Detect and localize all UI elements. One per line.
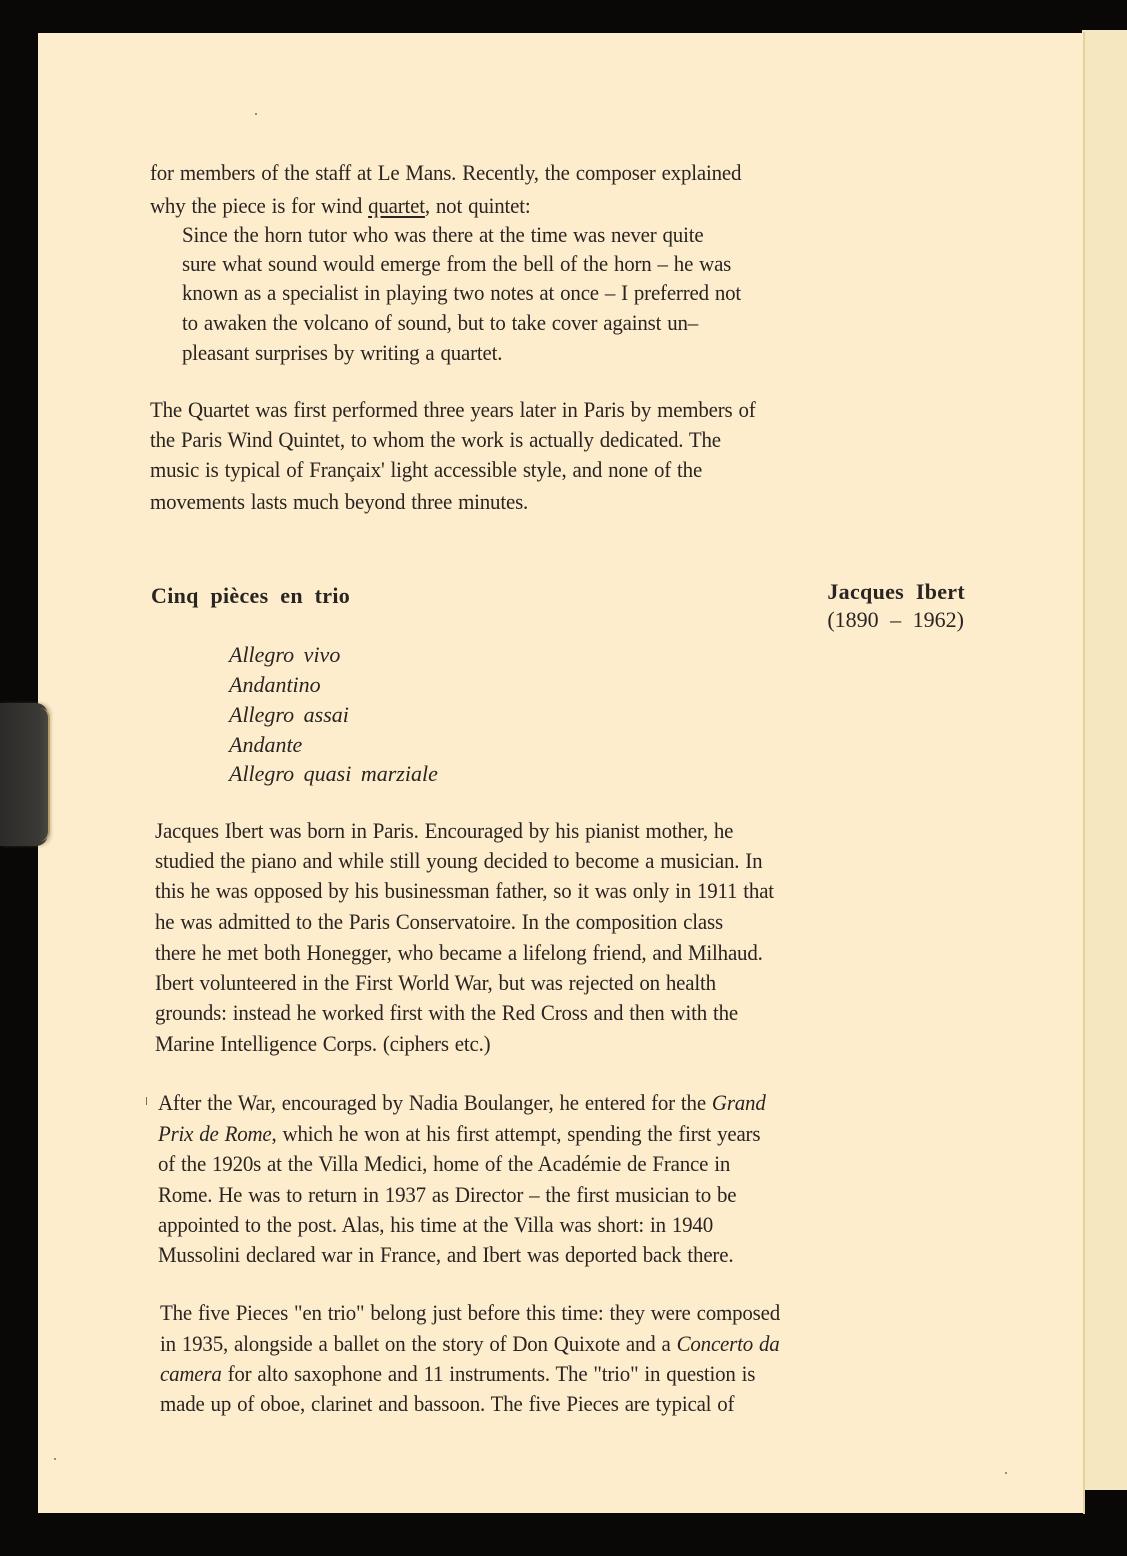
text-line: camera for alto saxophone and 11 instrum… (160, 1361, 755, 1387)
quote-line: to awaken the volcano of sound, but to t… (182, 310, 698, 336)
text-line: for members of the staff at Le Mans. Rec… (150, 160, 741, 186)
italic-title: Concerto da (677, 1331, 780, 1356)
text-line: this he was opposed by his businessman f… (155, 878, 774, 904)
text-line: Mussolini declared war in France, and Ib… (158, 1242, 733, 1268)
text-line: movements lasts much beyond three minute… (150, 489, 528, 515)
scan-speck (1005, 1472, 1007, 1474)
quote-line: known as a specialist in playing two not… (182, 280, 741, 306)
movement-item: Allegro assai (229, 702, 349, 728)
italic-title: Prix de Rome (158, 1121, 272, 1146)
text-line: of the 1920s at the Villa Medici, home o… (158, 1151, 730, 1177)
text-line: the Paris Wind Quintet, to whom the work… (150, 427, 721, 453)
text-line: in 1935, alongside a ballet on the story… (160, 1331, 780, 1357)
text-line: appointed to the post. Alas, his time at… (158, 1212, 713, 1238)
text-line: why the piece is for wind quartet, not q… (150, 193, 531, 219)
text-line: Jacques Ibert was born in Paris. Encoura… (155, 818, 733, 844)
movement-item: Allegro vivo (229, 642, 340, 668)
underlined-word: quartet (368, 193, 425, 218)
scan-speck (54, 1458, 56, 1460)
text-line: grounds: instead he worked first with th… (155, 1000, 738, 1026)
text-line: Marine Intelligence Corps. (ciphers etc.… (155, 1031, 490, 1057)
text-line: After the War, encouraged by Nadia Boula… (158, 1090, 766, 1116)
italic-title: camera (160, 1361, 222, 1386)
movement-item: Allegro quasi marziale (229, 761, 438, 787)
quote-line: pleasant surprises by writing a quartet. (182, 340, 502, 366)
text-line: music is typical of Françaix' light acce… (150, 457, 702, 483)
text-line: The Quartet was first performed three ye… (150, 397, 756, 423)
text-line: The five Pieces "en trio" belong just be… (160, 1300, 780, 1326)
page-fold (1083, 32, 1085, 1514)
binder-tab-edge (40, 708, 50, 841)
composer-name: Jacques Ibert (827, 579, 965, 605)
text-line: there he met both Honegger, who became a… (155, 940, 763, 966)
text-line: he was admitted to the Paris Conservatoi… (155, 909, 723, 935)
piece-title: Cinq pièces en trio (151, 583, 350, 609)
movement-item: Andante (229, 732, 302, 758)
text-line: Rome. He was to return in 1937 as Direct… (158, 1182, 736, 1208)
text-line: Prix de Rome, which he won at his first … (158, 1121, 760, 1147)
text-line: made up of oboe, clarinet and bassoon. T… (160, 1391, 734, 1417)
italic-title: Grand (712, 1090, 766, 1115)
text-line: studied the piano and while still young … (155, 848, 762, 874)
composer-dates: (1890 – 1962) (827, 607, 964, 633)
scan-mark (146, 1097, 147, 1105)
text-line: Ibert volunteered in the First World War… (155, 970, 716, 996)
quote-line: Since the horn tutor who was there at th… (182, 222, 703, 248)
movement-item: Andantino (229, 672, 321, 698)
scan-speck (255, 113, 257, 115)
back-page (1082, 30, 1127, 1490)
quote-line: sure what sound would emerge from the be… (182, 251, 731, 277)
